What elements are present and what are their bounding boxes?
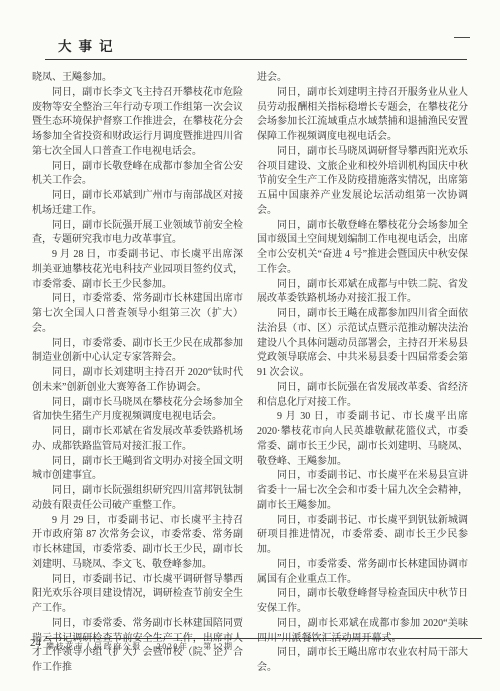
paragraph: 同日，副市长敬登峰在成都市参加全省公安机关工作会。: [32, 160, 243, 190]
paragraph: 同日，副市长阮强开展工业领域节前安全检查，专题研究我市电力改革事宜。: [32, 219, 243, 249]
left-column: 晓凤、王飚参加。 同日，副市长李文飞主持召开攀枝花市危险废物等安全整治三年行动专…: [32, 71, 243, 676]
right-column: 进会。 同日，副市长刘建明主持召开服务业从业人员劳动报酬相关指标稳增长专题会，在…: [257, 71, 468, 676]
paragraph: 晓凤、王飚参加。: [32, 71, 243, 86]
paragraph: 同日，副市长邓斌在成都与中铁二院、省发展改革委铁路机场办对接汇报工作。: [257, 278, 468, 308]
page-footer: 24 攀枝花市人民政府公报 2020年 第12期: [30, 638, 482, 651]
paragraph: 同日，市委副书记、市长虞平在米易县宣讲省委十一届七次全会和市委十届九次全会精神，…: [257, 469, 468, 513]
paragraph: 同日，市委副书记、市长虞平调研督导攀西阳光欢乐谷项目建设情况，调研检查节前安全生…: [32, 573, 243, 617]
paragraph: 同日，市委常委、常务副市长林建国出席市第七次全国人口普查领导小组第三次（扩大）会…: [32, 292, 243, 336]
page-number: 24: [30, 638, 41, 649]
paragraph: 进会。: [257, 71, 468, 86]
paragraph: 同日，副市长马晓凤调研督导攀西阳光欢乐谷项目建设、文旅企业和校外培训机构国庆中秋…: [257, 145, 468, 219]
paragraph: 同日，副市长敬登峰督导检查国庆中秋节日安保工作。: [257, 587, 468, 617]
corner-rule: [454, 37, 470, 38]
paragraph: 同日，副市长阮强组织研究四川富邦钒钛制动鼓有限责任公司破产重整工作。: [32, 484, 243, 514]
publication-issue: 第12期: [203, 642, 233, 651]
page-title: 大事记: [58, 39, 120, 54]
paragraph: 同日，副市长刘建明主持召开 2020“钛时代创未来”创新创业大赛筹备工作协调会。: [32, 366, 243, 396]
paragraph: 同日，副市长王飚在成都参加四川省全面依法治县（市、区）示范试点暨示范推动解决法治…: [257, 307, 468, 381]
paragraph: 同日，市委副书记、市长虞平到钒钛新城调研项目推进情况，市委常委、副市长王少民参加…: [257, 514, 468, 558]
paragraph: 同日，副市长马晓凤在攀枝花分会场参加全省加快生猪生产月度视频调度电视电话会。: [32, 396, 243, 426]
paragraph: 9 月 28 日，市委副书记、市长虞平出席深圳美亚迪攀枝花光电科技产业园项目签约…: [32, 248, 243, 292]
paragraph: 同日，副市长王飚到省文明办对接全国文明城市创建事宜。: [32, 455, 243, 485]
paragraph: 同日，市委常委、常务副市长林建国协调市属国有企业重点工作。: [257, 558, 468, 588]
paragraph: 同日，副市长刘建明主持召开服务业从业人员劳动报酬相关指标稳增长专题会，在攀枝花分…: [257, 86, 468, 145]
gazette-page: 大事记 晓凤、王飚参加。 同日，副市长李文飞主持召开攀枝花市危险废物等安全整治三…: [0, 0, 500, 691]
footer-rule-and-imprint: 攀枝花市人民政府公报 2020年 第12期: [46, 638, 482, 651]
paragraph: 同日，副市长邓斌到广州市与南部战区对接机场迁建工作。: [32, 189, 243, 219]
paragraph: 同日，副市长李文飞主持召开攀枝花市危险废物等安全整治三年行动专项工作组第一次会议…: [32, 86, 243, 160]
paragraph: 同日，副市长王飚出席市农业农村局干部大会。: [257, 646, 468, 676]
page-header: 大事记: [45, 38, 467, 60]
paragraph: 同日，市委常委、副市长王少民在成都参加制造业创新中心认定专家答辩会。: [32, 337, 243, 367]
paragraph: 9 月 29 日，市委副书记、市长虞平主持召开市政府第 87 次常务会议，市委常…: [32, 514, 243, 573]
paragraph: 同日，副市长阮强在省发展改革委、省经济和信息化厅对接工作。: [257, 381, 468, 411]
paragraph: 9 月 30 日，市委副书记、市长虞平出席 2020·攀枝花市向人民英雄敬献花篮…: [257, 410, 468, 469]
publication-title: 攀枝花市人民政府公报: [46, 642, 142, 651]
paragraph: 同日，副市长邓斌在省发展改革委铁路机场办、成都铁路监管局对接汇报工作。: [32, 425, 243, 455]
publication-year: 2020年: [157, 642, 189, 651]
text-columns: 晓凤、王飚参加。 同日，副市长李文飞主持召开攀枝花市危险废物等安全整治三年行动专…: [32, 71, 468, 676]
paragraph: 同日，副市长敬登峰在攀枝花分会场参加全国市级国土空间规划编制工作电视电话会，出席…: [257, 219, 468, 278]
